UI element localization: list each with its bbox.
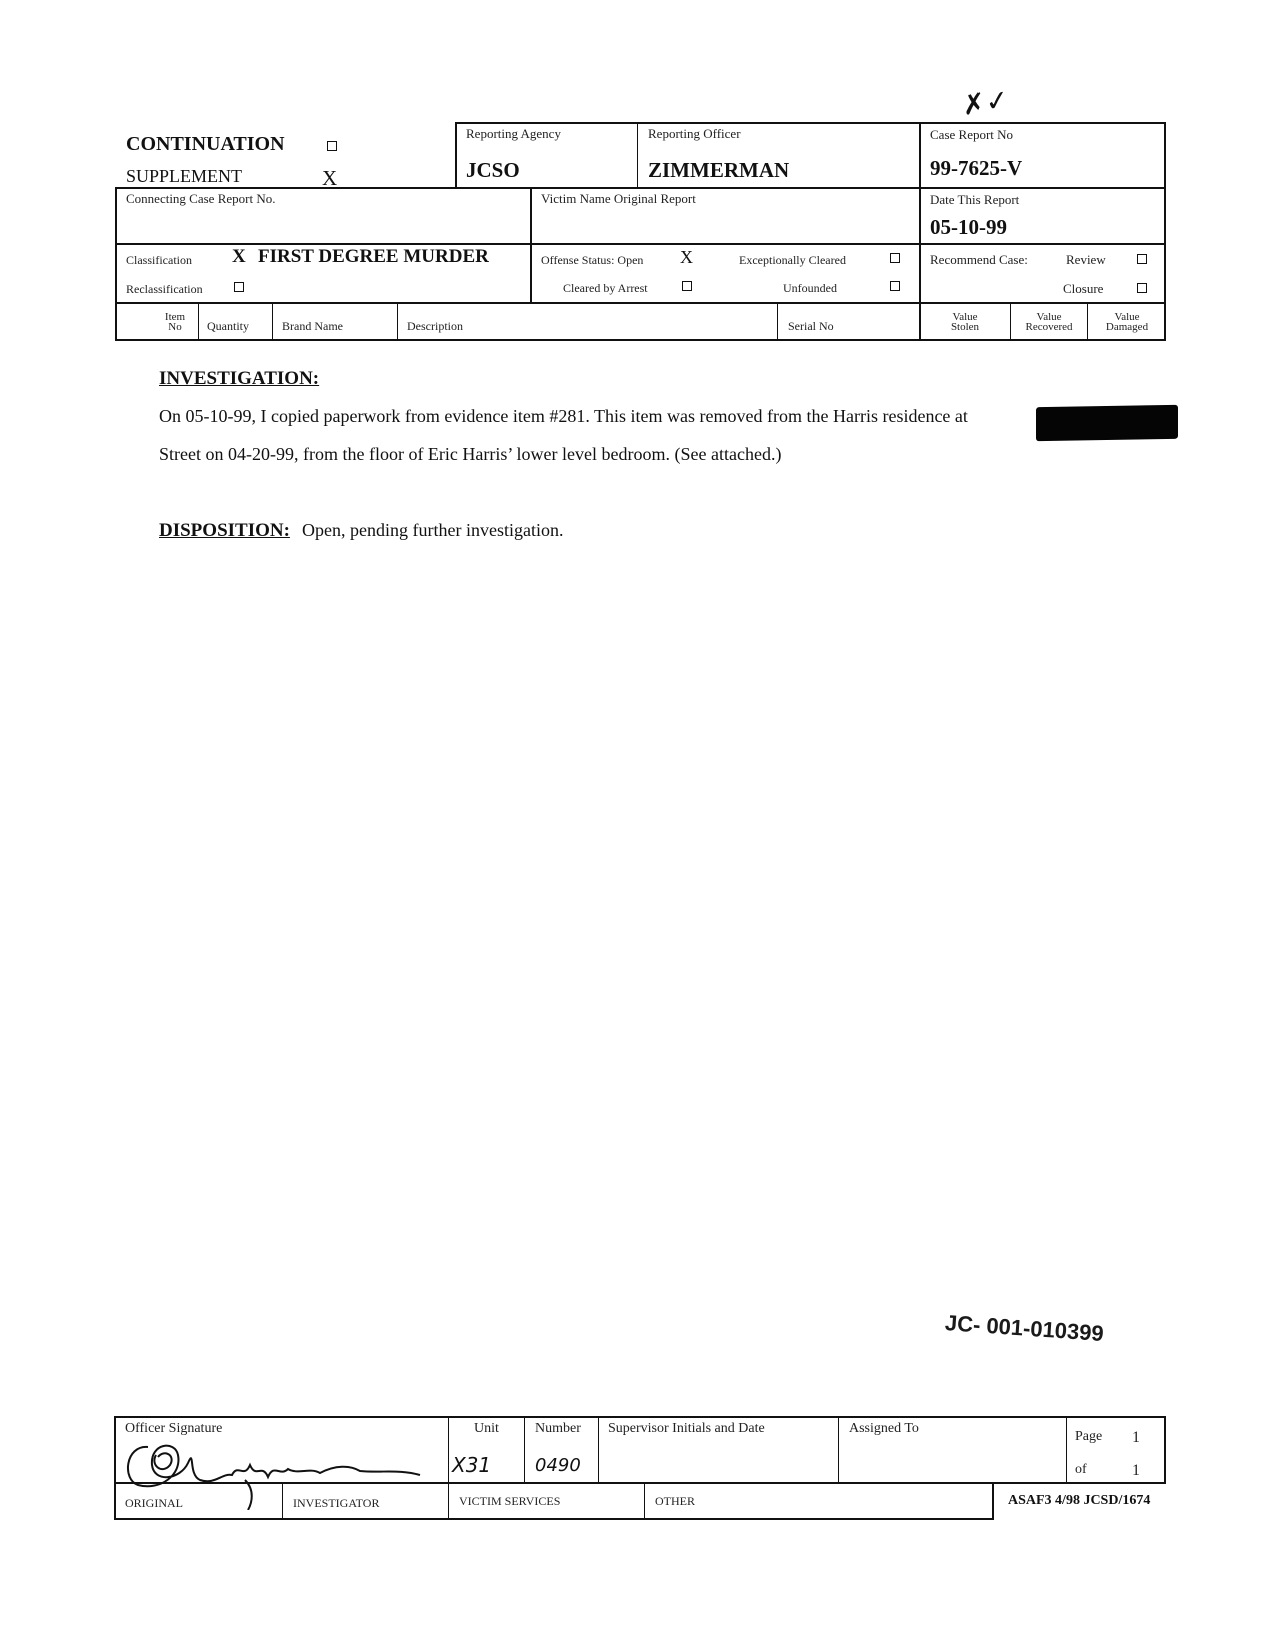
investigation-heading: INVESTIGATION: <box>159 368 319 390</box>
col-header-item-no: ItemNo <box>160 312 190 332</box>
review-checkbox[interactable] <box>1137 254 1147 264</box>
continuation-label: CONTINUATION <box>126 133 285 156</box>
connecting-case-label: Connecting Case Report No. <box>126 191 275 207</box>
recommend-case-label: Recommend Case: <box>930 252 1028 268</box>
distribution-original: ORIGINAL <box>125 1496 183 1511</box>
closure-checkbox[interactable] <box>1137 283 1147 293</box>
divider <box>1087 302 1088 340</box>
col-header-quantity: Quantity <box>207 319 249 334</box>
continuation-checkbox[interactable] <box>327 141 337 151</box>
divider <box>777 302 778 340</box>
reporting-agency-value: JCSO <box>466 158 520 183</box>
divider <box>919 302 921 340</box>
divider <box>1010 302 1011 340</box>
reclassification-checkbox[interactable] <box>234 282 244 292</box>
reporting-officer-label: Reporting Officer <box>648 126 741 142</box>
assigned-to-label: Assigned To <box>849 1421 919 1437</box>
divider <box>272 302 273 340</box>
divider <box>198 302 199 340</box>
divider <box>644 1482 645 1519</box>
unit-value: X31 <box>452 1453 491 1477</box>
reclassification-label: Reclassification <box>126 282 203 297</box>
classification-mark[interactable]: X <box>232 246 246 268</box>
classification-value: FIRST DEGREE MURDER <box>258 246 489 268</box>
divider <box>637 122 638 188</box>
offense-status-label: Offense Status: Open <box>541 253 643 268</box>
divider <box>598 1416 599 1483</box>
divider <box>838 1416 839 1483</box>
col-header-value-stolen: ValueStolen <box>925 312 1005 332</box>
disposition-text: Open, pending further investigation. <box>302 520 563 541</box>
investigation-line-2: Street on 04-20-99, from the floor of Er… <box>159 444 781 465</box>
supplement-label: SUPPLEMENT <box>126 166 242 187</box>
reporting-agency-label: Reporting Agency <box>466 126 561 142</box>
cleared-by-arrest-label: Cleared by Arrest <box>563 281 648 296</box>
review-label: Review <box>1066 252 1106 268</box>
date-report-label: Date This Report <box>930 192 1019 208</box>
distribution-other: OTHER <box>655 1494 695 1509</box>
exceptionally-cleared-checkbox[interactable] <box>890 253 900 263</box>
reporting-officer-value: ZIMMERMAN <box>648 158 789 183</box>
page-label: Page <box>1075 1429 1102 1445</box>
case-report-value: 99-7625-V <box>930 156 1022 181</box>
date-report-value: 05-10-99 <box>930 215 1007 240</box>
divider <box>397 302 398 340</box>
col-header-value-recovered: ValueRecovered <box>1012 312 1086 332</box>
divider <box>530 187 532 244</box>
distribution-investigator: INVESTIGATOR <box>293 1496 379 1511</box>
victim-name-label: Victim Name Original Report <box>541 191 696 207</box>
bates-stamp: JC- 001-010399 <box>944 1310 1104 1347</box>
investigation-line-1: On 05-10-99, I copied paperwork from evi… <box>159 406 968 427</box>
of-value: 1 <box>1132 1462 1140 1480</box>
classification-label: Classification <box>126 253 192 268</box>
form-id: ASAF3 4/98 JCSD/1674 <box>1008 1493 1150 1509</box>
supervisor-initials-label: Supervisor Initials and Date <box>608 1421 765 1437</box>
redaction-block <box>1036 405 1178 441</box>
case-report-label: Case Report No <box>930 127 1013 143</box>
closure-label: Closure <box>1063 281 1103 297</box>
divider <box>1066 1416 1067 1483</box>
unfounded-label: Unfounded <box>783 281 837 296</box>
divider <box>524 1416 525 1483</box>
divider <box>919 122 921 188</box>
agency-officer-case-row <box>455 122 1166 189</box>
of-label: of <box>1075 1462 1087 1478</box>
handwritten-check-marks: ✗✓ <box>960 83 1011 122</box>
cleared-by-arrest-checkbox[interactable] <box>682 281 692 291</box>
divider <box>919 243 921 303</box>
page-value: 1 <box>1132 1429 1140 1447</box>
divider <box>530 243 532 303</box>
offense-open-mark[interactable]: X <box>680 247 693 268</box>
divider <box>919 187 921 244</box>
col-header-value-damaged: ValueDamaged <box>1089 312 1165 332</box>
col-header-brand-name: Brand Name <box>282 319 343 334</box>
distribution-victim-services: VICTIM SERVICES <box>459 1494 560 1509</box>
number-label: Number <box>535 1421 581 1437</box>
disposition-heading: DISPOSITION: <box>159 520 290 542</box>
col-header-description: Description <box>407 319 463 334</box>
divider <box>282 1482 283 1519</box>
col-header-serial-no: Serial No <box>788 319 834 334</box>
unfounded-checkbox[interactable] <box>890 281 900 291</box>
exceptionally-cleared-label: Exceptionally Cleared <box>739 253 846 268</box>
number-value: 0490 <box>535 1455 581 1476</box>
unit-label: Unit <box>474 1421 499 1437</box>
